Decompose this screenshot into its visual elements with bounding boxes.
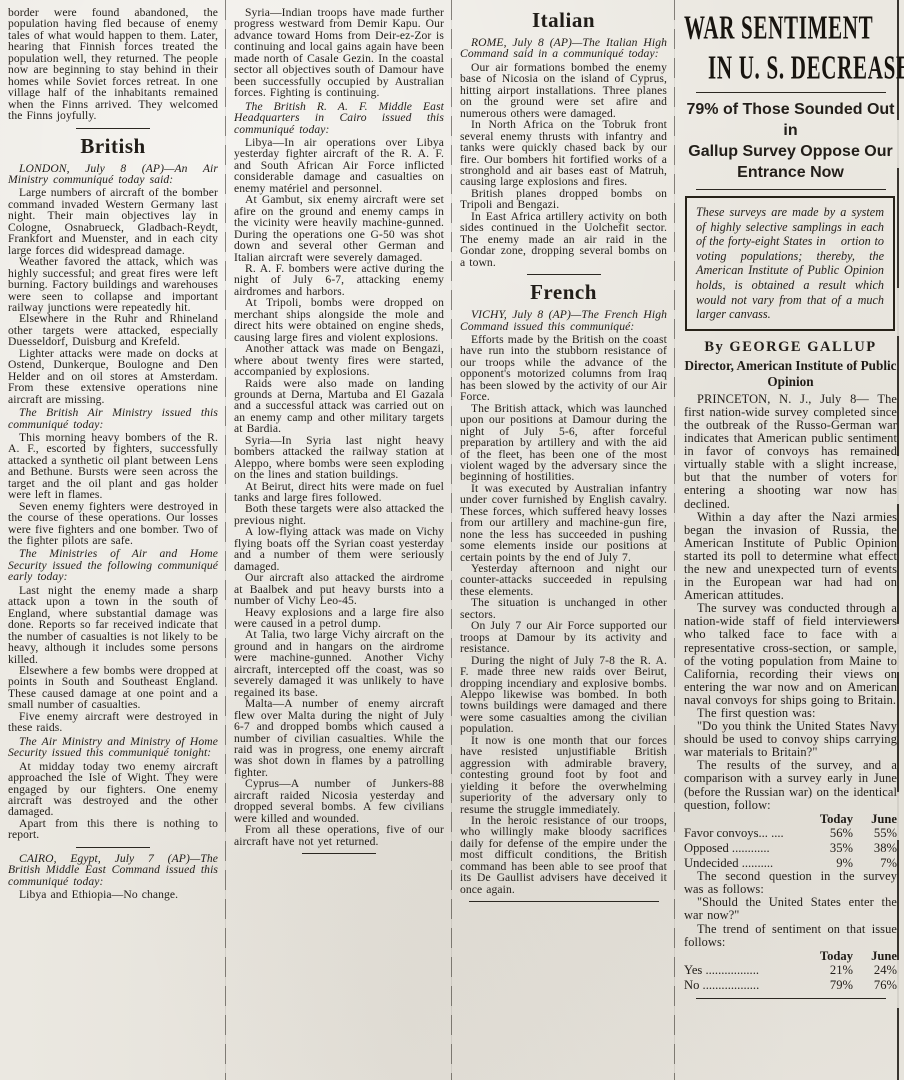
- italic: VICHY, July 8 (AP)—The French High Comma…: [460, 309, 667, 332]
- para: This morning heavy bombers of the R. A. …: [8, 432, 218, 501]
- para: Malta—A number of enemy aircraft flew ov…: [234, 698, 444, 778]
- para: Both these targets were also attacked th…: [234, 503, 444, 526]
- para: Large numbers of aircraft of the bomber …: [8, 187, 218, 256]
- para: Libya and Ethiopia—No change.: [8, 889, 218, 900]
- para: Weather favored the attack, which was hi…: [8, 256, 218, 313]
- stat-header: TodayJune: [684, 949, 897, 964]
- para: A low-flying attack was made on Vichy fl…: [234, 526, 444, 572]
- stat-label: [684, 949, 805, 964]
- divider: [76, 847, 150, 848]
- para: Another attack was made on Bengazi, wher…: [234, 343, 444, 377]
- para: The situation is unchanged in other sect…: [460, 597, 667, 620]
- divider: [696, 189, 886, 190]
- stat-label: No ..................: [684, 978, 805, 993]
- section-heading: Italian: [460, 8, 667, 33]
- stat-june: 38%: [853, 841, 897, 856]
- column-divider-rule-1: [225, 0, 226, 1080]
- column-divider-rule-3: [674, 0, 675, 1080]
- subhead: 79% of Those Sounded Out inGallup Survey…: [684, 99, 897, 183]
- para: At Beirut, direct hits were made on fuel…: [234, 481, 444, 504]
- headline-line: IN U. S. DECREASES: [708, 46, 840, 91]
- stat-label: [684, 812, 805, 827]
- para: At Tripoli, bombs were dropped on mercha…: [234, 297, 444, 343]
- italic: CAIRO, Egypt, July 7 (AP)—The British Mi…: [8, 853, 218, 887]
- byline: By GEORGE GALLUP: [684, 339, 897, 356]
- para: "Do you think the United States Navy sho…: [684, 720, 897, 759]
- stat-june: June: [853, 949, 897, 964]
- stat-today: Today: [805, 949, 853, 964]
- stat-june: 55%: [853, 826, 897, 841]
- para: The results of the survey, and a compari…: [684, 759, 897, 811]
- divider: [696, 92, 886, 93]
- para: The second question in the survey was as…: [684, 870, 897, 896]
- column-divider-rule-2: [451, 0, 452, 1080]
- stat-today: Today: [805, 812, 853, 827]
- para: Libya—In air operations over Libya yeste…: [234, 137, 444, 194]
- stat-june: 76%: [853, 978, 897, 993]
- italic: The Ministries of Air and Home Security …: [8, 548, 218, 582]
- stat: No ..................79%76%: [684, 978, 897, 993]
- para: Efforts made by the British on the coast…: [460, 334, 667, 403]
- stat-june: 24%: [853, 963, 897, 978]
- stat-label: Opposed ............: [684, 841, 805, 856]
- para: Last night the enemy made a sharp attack…: [8, 585, 218, 665]
- para: Syria—In Syria last night heavy bombers …: [234, 435, 444, 481]
- divider: [76, 128, 150, 129]
- news-column-4-war-sentiment-article: WAR SENTIMENTIN U. S. DECREASES79% of Th…: [676, 0, 904, 1080]
- para: The survey was conducted through a natio…: [684, 602, 897, 707]
- para: It now is one month that our forces have…: [460, 735, 667, 815]
- para: Lighter attacks were made on docks at Os…: [8, 348, 218, 405]
- stat-today: 21%: [805, 963, 853, 978]
- para: border were found abandoned, the populat…: [8, 7, 218, 122]
- subhead-line: Gallup Survey Oppose Our: [684, 141, 897, 162]
- divider: [527, 274, 601, 275]
- stat-today: 35%: [805, 841, 853, 856]
- para: The British attack, which was launched u…: [460, 403, 667, 483]
- stat-today: 9%: [805, 856, 853, 871]
- news-column-3: ItalianROME, July 8 (AP)—The Italian Hig…: [452, 0, 674, 1080]
- divider: [469, 901, 659, 902]
- para: Five enemy aircraft were destroyed in th…: [8, 711, 218, 734]
- news-column-2: Syria—Indian troops have made further pr…: [226, 0, 451, 1080]
- italic: ROME, July 8 (AP)—The Italian High Comma…: [460, 37, 667, 60]
- stat: Yes .................21%24%: [684, 963, 897, 978]
- para: Seven enemy fighters were destroyed in t…: [8, 501, 218, 547]
- para: British planes dropped bombs on Tripoli …: [460, 188, 667, 211]
- stat: Opposed ............35%38%: [684, 841, 897, 856]
- news-column-1: border were found abandoned, the populat…: [0, 0, 225, 1080]
- page-edge-line: [897, 0, 899, 1080]
- stat: Favor convoys... ....56%55%: [684, 826, 897, 841]
- stat-label: Favor convoys... ....: [684, 826, 805, 841]
- para: It was executed by Australian infantry u…: [460, 483, 667, 563]
- para: Within a day after the Nazi armies began…: [684, 511, 897, 603]
- para: The trend of sentiment on that issue fol…: [684, 923, 897, 949]
- italic: The British Air Ministry issued this com…: [8, 407, 218, 430]
- para: Elsewhere in the Ruhr and Rhineland othe…: [8, 313, 218, 347]
- para: In North Africa on the Tobruk front seve…: [460, 119, 667, 188]
- stat-header: TodayJune: [684, 812, 897, 827]
- para: At midday today two enemy aircraft appro…: [8, 761, 218, 818]
- stat-label: Undecided ..........: [684, 856, 805, 871]
- para: Heavy explosions and a large fire also w…: [234, 607, 444, 630]
- italic: LONDON, July 8 (AP)—An Air Ministry comm…: [8, 163, 218, 186]
- headline-line: WAR SENTIMENT: [684, 6, 833, 51]
- para: Our aircraft also attacked the airdrome …: [234, 572, 444, 606]
- stat-june: June: [853, 812, 897, 827]
- subhead-line: 79% of Those Sounded Out in: [684, 99, 897, 141]
- para: Syria—Indian troops have made further pr…: [234, 7, 444, 99]
- stat-today: 56%: [805, 826, 853, 841]
- para: Yesterday afternoon and night our counte…: [460, 563, 667, 597]
- para: During the night of July 7-8 the R. A. F…: [460, 655, 667, 735]
- byline2: Director, American Institute of Public O…: [684, 358, 897, 390]
- headline: WAR SENTIMENTIN U. S. DECREASES: [684, 6, 897, 86]
- para: In East Africa artillery activity on bot…: [460, 211, 667, 268]
- para: At Talia, two large Vichy aircraft on th…: [234, 629, 444, 698]
- italic: The British R. A. F. Middle East Headqua…: [234, 101, 444, 135]
- para: In the heroic resistance of our troops, …: [460, 815, 667, 895]
- para: Cyprus—A number of Junkers-88 aircraft r…: [234, 778, 444, 824]
- para: Apart from this there is nothing to repo…: [8, 818, 218, 841]
- para: PRINCETON, N. J., July 8— The first nati…: [684, 393, 897, 511]
- stat-today: 79%: [805, 978, 853, 993]
- survey-method-note-box: These surveys are made by a system of hi…: [685, 196, 895, 331]
- stat: Undecided ..........9%7%: [684, 856, 897, 871]
- para: On July 7 our Air Force supported our tr…: [460, 620, 667, 654]
- para: Raids were also made on landing grounds …: [234, 378, 444, 435]
- subhead-line: Entrance Now: [684, 162, 897, 183]
- italic: The Air Ministry and Ministry of Home Se…: [8, 736, 218, 759]
- stat-june: 7%: [853, 856, 897, 871]
- section-heading: French: [460, 280, 667, 305]
- para: At Gambut, six enemy aircraft were set a…: [234, 194, 444, 263]
- para: Elsewhere a few bombs were dropped at po…: [8, 665, 218, 711]
- stat-label: Yes .................: [684, 963, 805, 978]
- section-heading: British: [8, 134, 218, 159]
- para: "Should the United States enter the war …: [684, 896, 897, 922]
- para: From all these operations, five of our a…: [234, 824, 444, 847]
- divider: [302, 853, 376, 854]
- divider: [696, 998, 886, 999]
- newspaper-page: border were found abandoned, the populat…: [0, 0, 904, 1080]
- para: Our air formations bombed the enemy base…: [460, 62, 667, 119]
- para: R. A. F. bombers were active during the …: [234, 263, 444, 297]
